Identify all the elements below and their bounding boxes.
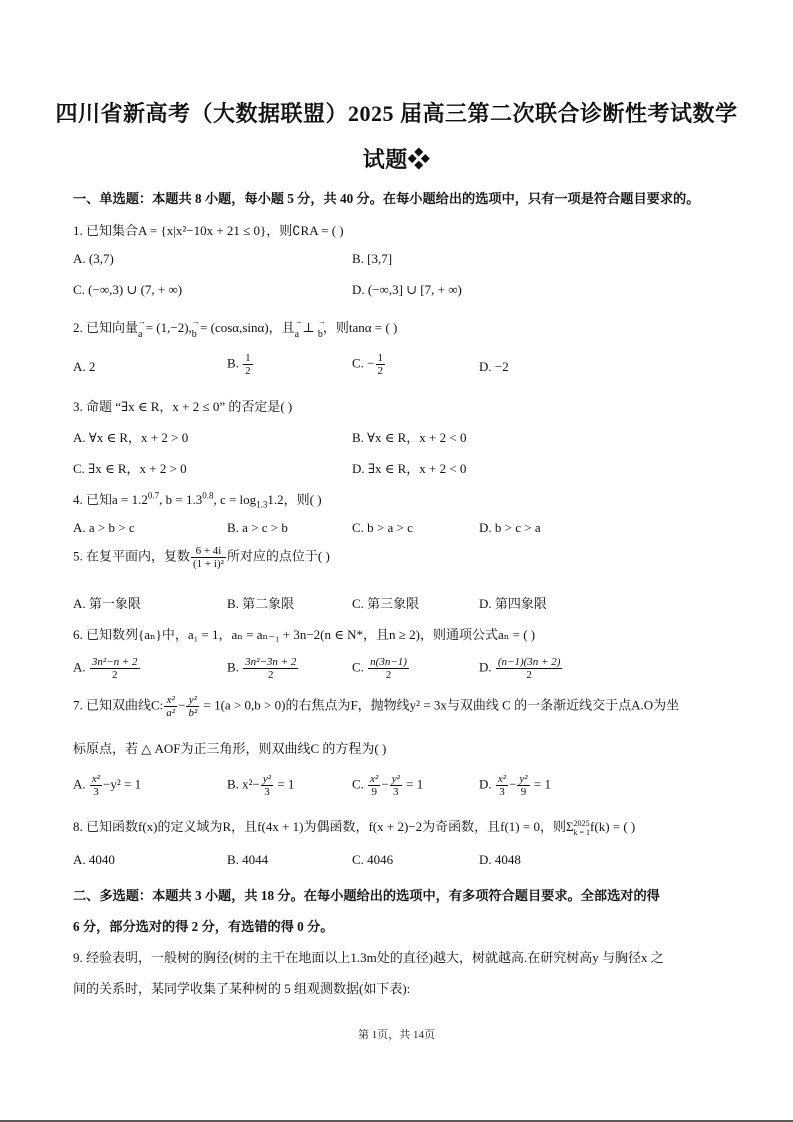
- fraction: 12: [376, 352, 386, 377]
- section2-header-line2: 6 分，部分选对的得 2 分，有选错的得 0 分。: [73, 916, 333, 935]
- vector-a: a: [138, 329, 142, 340]
- q6-option-b: B. 3n²−3n + 22: [227, 656, 299, 681]
- numerator: 6 + 4i: [191, 545, 226, 557]
- q5-option-d: D. 第四象限: [479, 593, 547, 612]
- question-9-stem-line1: 9. 经验表明，一般树的胸径(树的主干在地面以上1.3m处的直径)越大，树就越高…: [73, 947, 664, 966]
- q4-stem-prefix: 4. 已知a = 1.2: [73, 492, 148, 507]
- denominator: 2: [376, 364, 386, 377]
- question-4-stem: 4. 已知a = 1.20.7, b = 1.30.8, c = log1.31…: [73, 489, 322, 508]
- question-5-stem: 5. 在复平面内，复数6 + 4i(1 + i)²所对应的点位于( ): [73, 545, 330, 570]
- label: D.: [479, 776, 495, 791]
- denominator: 3: [90, 785, 102, 798]
- q3-option-c: C. ∃x ∈ R，x + 2 > 0: [73, 458, 187, 477]
- denominator: 3: [496, 785, 508, 798]
- log-base: 1.3: [256, 500, 267, 510]
- fraction: n(3n−1)2: [368, 656, 409, 681]
- q6-option-c-label: C.: [352, 659, 367, 674]
- fraction: 12: [243, 352, 253, 377]
- q2-stem-prefix: 2. 已知向量: [73, 320, 138, 335]
- suffix: −y² = 1: [103, 776, 141, 791]
- fraction: y²3: [261, 773, 273, 798]
- suffix: = 1: [274, 776, 294, 791]
- q3-option-a: A. ∀x ∈ R，x + 2 > 0: [73, 427, 188, 446]
- denominator: 9: [368, 785, 380, 798]
- minus-sign: −: [381, 776, 388, 791]
- denominator: a²: [164, 706, 177, 719]
- fraction: x²a²: [164, 694, 177, 719]
- fraction: 3n²−3n + 22: [243, 656, 298, 681]
- question-1-stem: 1. 已知集合A = {x|x²−10x + 21 ≤ 0}，则∁RA = ( …: [73, 220, 344, 239]
- exponent: 0.8: [202, 491, 213, 501]
- q5-stem-prefix: 5. 在复平面内，复数: [73, 548, 190, 563]
- question-2-stem: 2. 已知向量a = (1,−2),b = (cosα,sinα)，且a ⊥ b…: [73, 317, 397, 340]
- q6-option-d: D. (n−1)(3n + 2)2: [479, 656, 563, 681]
- question-7-stem-line2: 标原点，若 △ AOF为正三角形，则双曲线C 的方程为( ): [73, 738, 386, 757]
- numerator: y²: [186, 694, 199, 706]
- minus-sign: −: [178, 697, 185, 712]
- denominator: 3: [390, 785, 402, 798]
- section2-header-line1: 二、多选题：本题共 3 小题，共 18 分。在每小题给出的选项中，有多项符合题目…: [73, 885, 660, 904]
- q2-stem-mid1: = (1,−2),: [142, 320, 191, 335]
- question-9-stem-line2: 间的关系时，某同学收集了某种树的 5 组观测数据(如下表):: [73, 978, 410, 997]
- q3-option-d: D. ∃x ∈ R，x + 2 < 0: [352, 458, 466, 477]
- q7-option-d: D. x²3−y²9 = 1: [479, 773, 551, 798]
- q8-stem-prefix: 8. 已知函数f(x)的定义域为R，且f(4x + 1)为偶函数，f(x + 2…: [73, 819, 574, 834]
- q6-option-a: A. 3n²−n + 22: [73, 656, 141, 681]
- q7-option-b: B. x²−y²3 = 1: [227, 773, 294, 798]
- q2-stem-mid2: = (cosα,sinα)，且: [197, 320, 295, 335]
- denominator: 2: [368, 668, 409, 681]
- q5-option-c: C. 第三象限: [352, 593, 419, 612]
- denominator: 2: [243, 668, 298, 681]
- numerator: y²: [261, 773, 273, 785]
- question-3-stem: 3. 命题 “∃x ∈ R，x + 2 ≤ 0” 的否定是( ): [73, 396, 292, 415]
- numerator: x²: [496, 773, 508, 785]
- fraction: y²9: [517, 773, 529, 798]
- label: C.: [352, 776, 367, 791]
- q6-option-d-label: D.: [479, 659, 495, 674]
- minus-sign: −: [509, 776, 516, 791]
- denominator: 2: [90, 668, 140, 681]
- q7-option-c: C. x²9−y²3 = 1: [352, 773, 423, 798]
- q8-option-b: B. 4044: [227, 852, 268, 868]
- vector-a: a: [295, 329, 299, 340]
- q2-option-c-label: C. −: [352, 355, 375, 370]
- q5-stem-suffix: 所对应的点位于( ): [227, 548, 330, 563]
- label: A.: [73, 776, 89, 791]
- fraction: (n−1)(3n + 2)2: [496, 656, 563, 681]
- page-footer: 第 1页，共 14页: [0, 1026, 793, 1042]
- vector-b: b: [192, 329, 197, 340]
- q5-option-b: B. 第二象限: [227, 593, 294, 612]
- q4-stem-suffix: 1.2，则( ): [267, 492, 321, 507]
- denominator: 3: [261, 785, 273, 798]
- q8-option-c: C. 4046: [352, 852, 393, 868]
- denominator: 9: [517, 785, 529, 798]
- q1-option-b: B. [3,7]: [352, 251, 392, 267]
- q7-option-a: A. x²3−y² = 1: [73, 773, 141, 798]
- exam-page: 四川省新高考（大数据联盟）2025 届高三第二次联合诊断性考试数学 试题❖ 一、…: [0, 0, 793, 1122]
- numerator: x²: [164, 694, 177, 706]
- sum-upper: 2025: [574, 819, 591, 828]
- q4-option-b: B. a > c > b: [227, 520, 288, 536]
- q3-option-b: B. ∀x ∈ R，x + 2 < 0: [352, 427, 466, 446]
- q4-stem-b: , b = 1.3: [159, 492, 202, 507]
- question-6-stem: 6. 已知数列{aₙ}中，a₁ = 1，aₙ = aₙ₋₁ + 3n−2(n ∈…: [73, 624, 535, 643]
- q7-stem-prefix: 7. 已知双曲线C:: [73, 697, 163, 712]
- q4-option-a: A. a > b > c: [73, 520, 135, 536]
- q2-option-b-label: B.: [227, 355, 242, 370]
- document-title-line1: 四川省新高考（大数据联盟）2025 届高三第二次联合诊断性考试数学: [0, 97, 793, 128]
- q2-option-b: B. 12: [227, 352, 254, 377]
- q7-stem-suffix: = 1(a > 0,b > 0)的右焦点为F，抛物线y² = 3x与双曲线 C …: [200, 697, 679, 712]
- fraction: 3n²−n + 22: [90, 656, 140, 681]
- numerator: 3n²−3n + 2: [243, 656, 298, 668]
- denominator: b²: [186, 706, 199, 719]
- numerator: 1: [243, 352, 253, 364]
- numerator: 1: [376, 352, 386, 364]
- numerator: y²: [390, 773, 402, 785]
- numerator: (n−1)(3n + 2): [496, 656, 563, 668]
- denominator: (1 + i)²: [191, 557, 226, 570]
- q4-option-d: D. b > c > a: [479, 520, 541, 536]
- q5-option-a: A. 第一象限: [73, 593, 141, 612]
- q6-option-a-label: A.: [73, 659, 89, 674]
- q4-option-c: C. b > a > c: [352, 520, 413, 536]
- denominator: 2: [243, 364, 253, 377]
- question-8-stem: 8. 已知函数f(x)的定义域为R，且f(4x + 1)为偶函数，f(x + 2…: [73, 816, 635, 837]
- complex-fraction: 6 + 4i(1 + i)²: [191, 545, 226, 570]
- numerator: x²: [90, 773, 102, 785]
- label: B. x²−: [227, 776, 260, 791]
- q8-option-d: D. 4048: [479, 852, 521, 868]
- q6-option-b-label: B.: [227, 659, 242, 674]
- question-7-stem: 7. 已知双曲线C:x²a²−y²b² = 1(a > 0,b > 0)的右焦点…: [73, 694, 679, 719]
- vector-b: b: [318, 329, 323, 340]
- q6-option-c: C. n(3n−1)2: [352, 656, 410, 681]
- document-title-line2: 试题❖: [0, 143, 793, 174]
- fraction: x²3: [496, 773, 508, 798]
- fraction: y²b²: [186, 694, 199, 719]
- denominator: 2: [496, 668, 563, 681]
- numerator: n(3n−1): [368, 656, 409, 668]
- fraction: x²9: [368, 773, 380, 798]
- exponent: 0.7: [148, 491, 159, 501]
- q1-option-a: A. (3,7): [73, 251, 114, 267]
- numerator: x²: [368, 773, 380, 785]
- sum-lower: k = 1: [574, 828, 591, 837]
- numerator: y²: [517, 773, 529, 785]
- suffix: = 1: [403, 776, 423, 791]
- q2-stem-suffix: ，则tanα = ( ): [323, 320, 397, 335]
- fraction: y²3: [390, 773, 402, 798]
- suffix: = 1: [531, 776, 551, 791]
- q2-option-d: D. −2: [479, 359, 509, 375]
- fraction: x²3: [90, 773, 102, 798]
- q8-stem-suffix: f(k) = ( ): [590, 819, 635, 834]
- q1-option-c: C. (−∞,3) ∪ (7, + ∞): [73, 282, 182, 298]
- q2-option-a: A. 2: [73, 359, 95, 375]
- q8-option-a: A. 4040: [73, 852, 115, 868]
- summation-limits: 2025k = 1: [574, 819, 591, 837]
- q1-option-d: D. (−∞,3] ∪ [7, + ∞): [352, 282, 462, 298]
- numerator: 3n²−n + 2: [90, 656, 140, 668]
- q4-stem-c: , c = log: [213, 492, 256, 507]
- section1-header: 一、单选题：本题共 8 小题，每小题 5 分，共 40 分。在每小题给出的选项中…: [73, 188, 699, 207]
- q2-option-c: C. −12: [352, 352, 386, 377]
